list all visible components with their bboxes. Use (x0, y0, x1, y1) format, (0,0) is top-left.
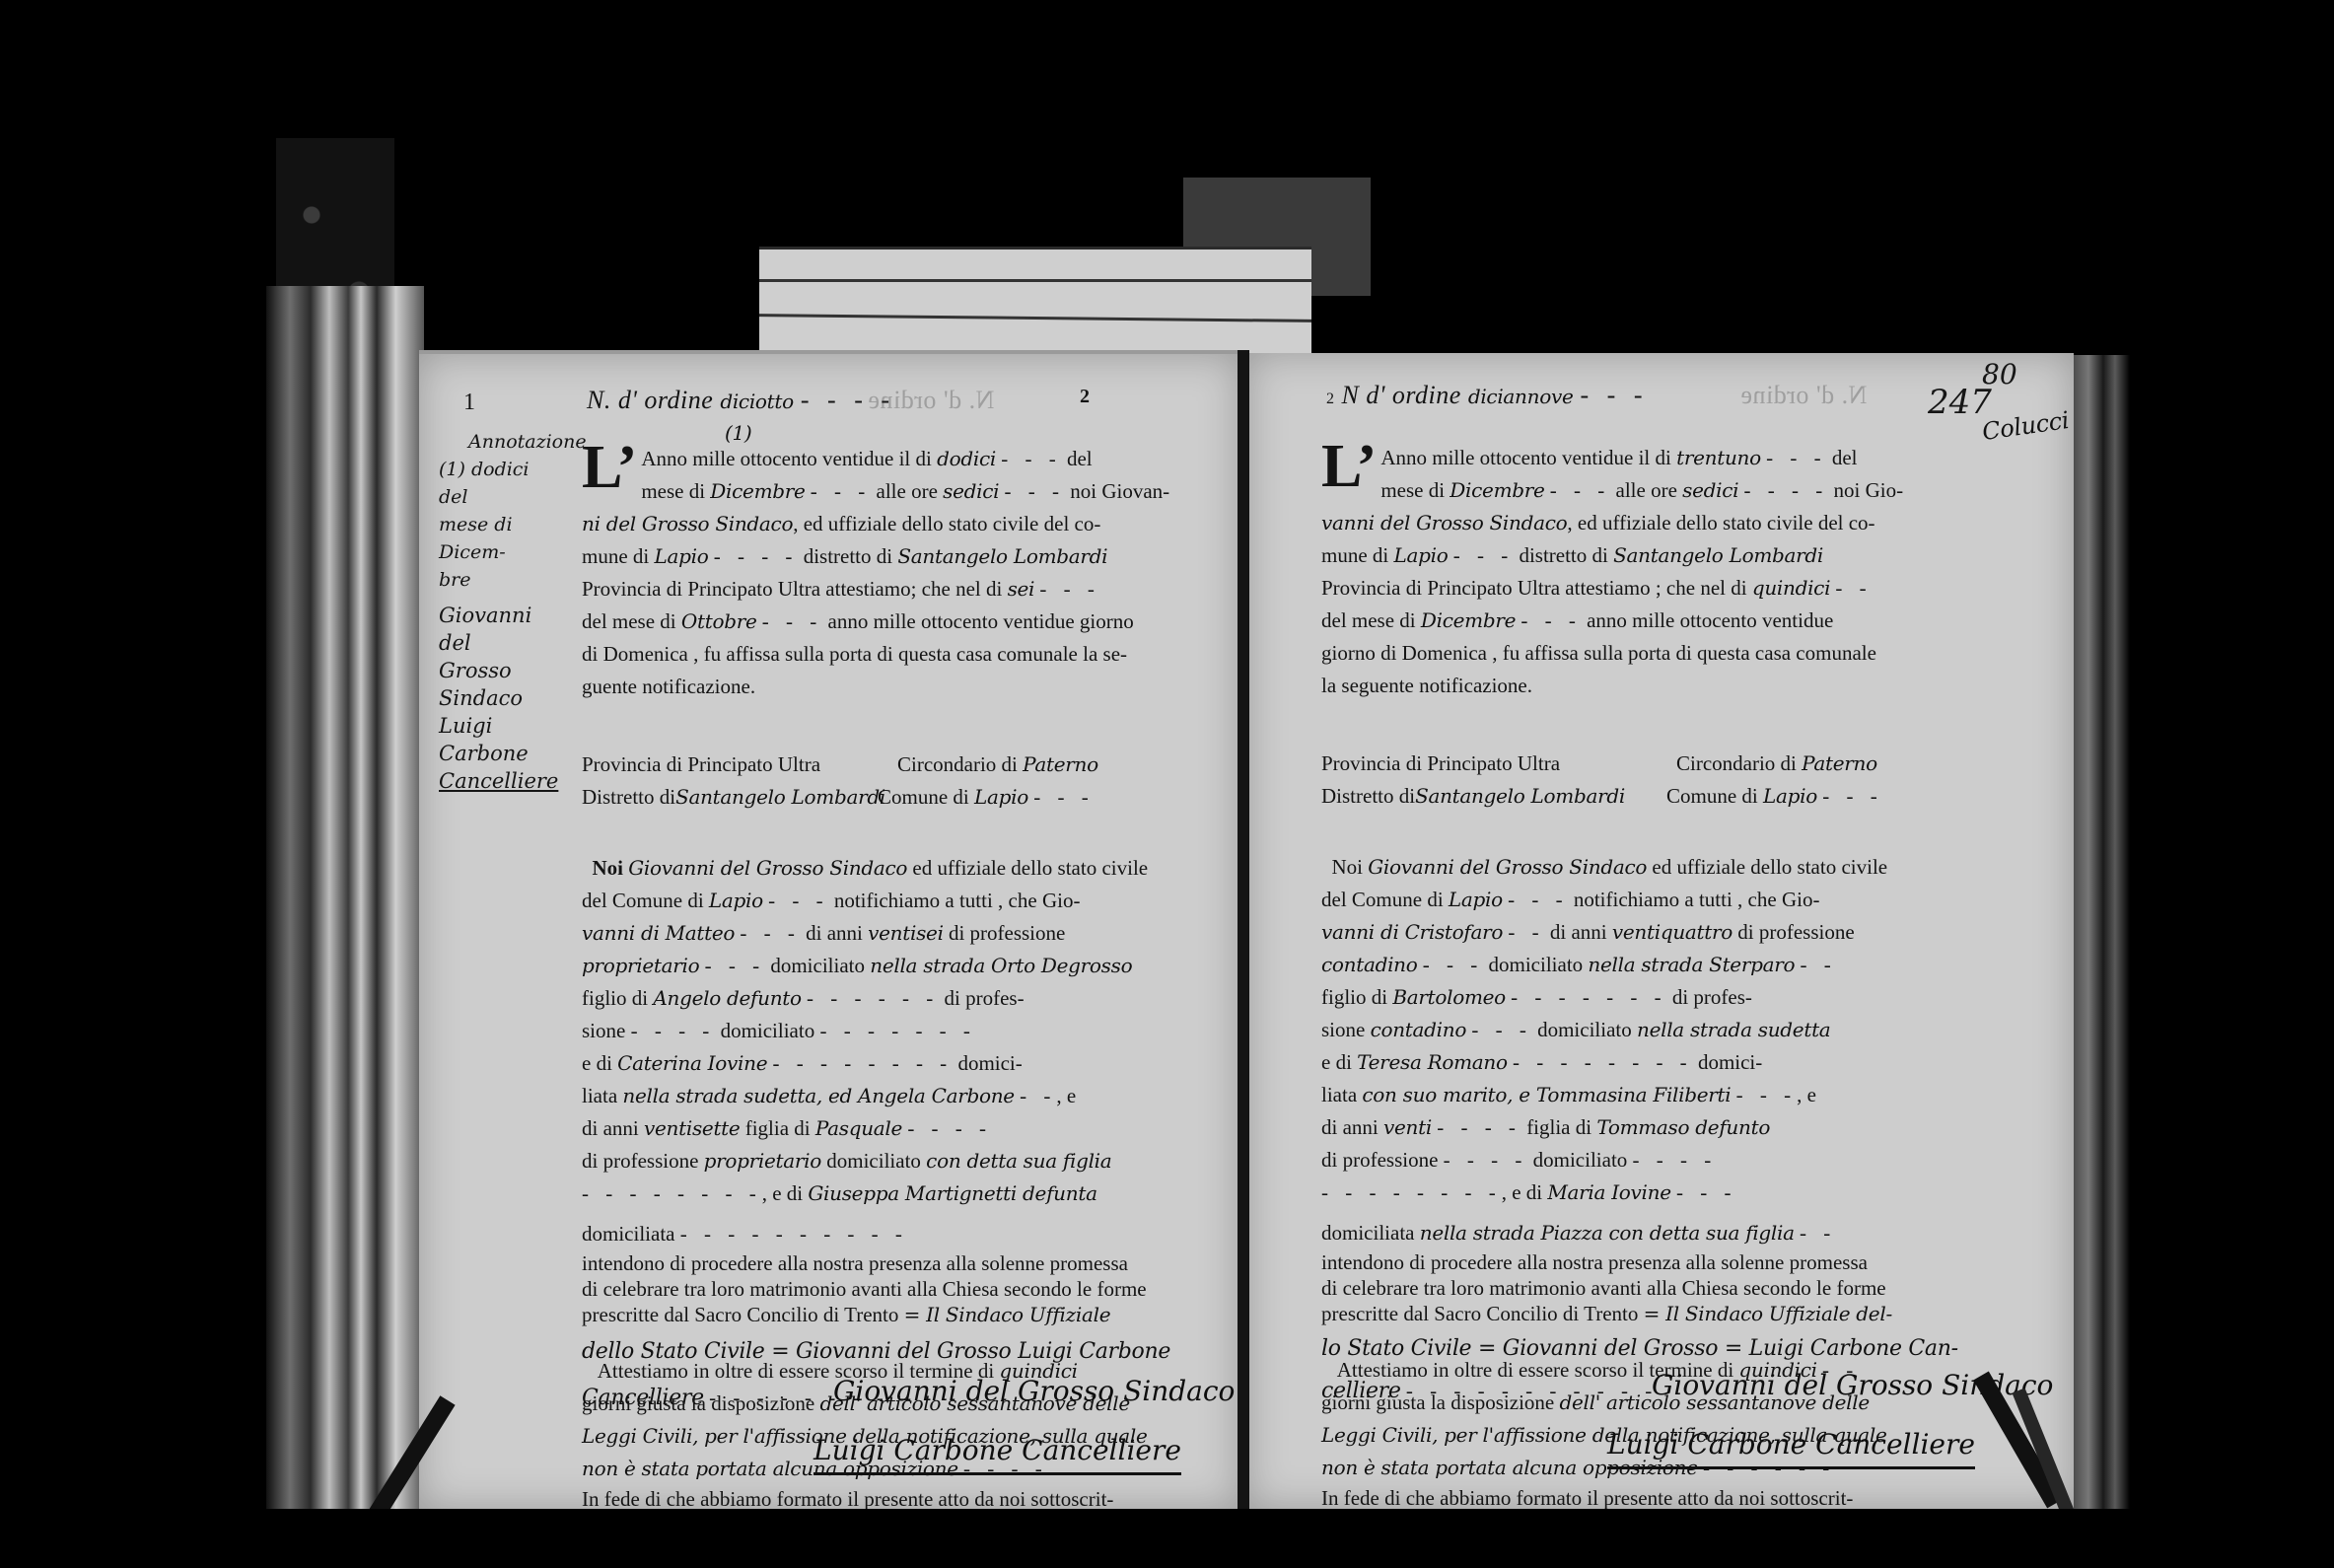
footnote-mark: (1) (725, 421, 751, 445)
header-label: N. d' ordine (587, 386, 713, 414)
signature-cancelliere: Luigi Carbone Cancelliere (813, 1434, 1181, 1475)
folio-number: 80 (1982, 358, 2017, 391)
opening-paragraph: L’ Anno mille ottocento ventidue il di t… (1321, 442, 1923, 702)
notification-paragraph: Noi Giovanni del Grosso Sindaco ed uffiz… (1321, 851, 1933, 1411)
header-order-value: diciotto (720, 390, 794, 413)
jurisdiction-block: Provincia di Principato UltraCircondario… (582, 748, 1183, 814)
corner-mark: 1 (463, 390, 475, 416)
header-order-value: diciannove (1468, 385, 1574, 408)
left-page: 1 N. d' ordine diciotto - - - - N. d' or… (419, 350, 1239, 1510)
ghost-header: N. d' ordine (868, 386, 994, 415)
right-fore-edge (2071, 355, 2130, 1519)
signature-sindaco: Giovanni del Grosso Sindaco (833, 1375, 1235, 1407)
jurisdiction-block: Provincia di Principato UltraCircondario… (1321, 748, 1933, 813)
page-header: N. d' ordine diciotto - - - - (587, 386, 895, 415)
left-fore-edge (266, 286, 424, 1509)
book-gutter (1238, 350, 1249, 1514)
margin-annotation: Annotazione (1) dodici del mese di Dicem… (439, 428, 547, 795)
ghost-header: N. d' ordine (1740, 381, 1867, 410)
bottom-background (0, 1509, 2334, 1568)
signature-cancelliere: Luigi Carbone Cancelliere (1607, 1428, 1975, 1469)
notification-paragraph: Noi Giovanni del Grosso Sindaco ed uffiz… (582, 852, 1183, 1420)
right-page: 2 N d' ordine diciannove - - - N. d' ord… (1247, 353, 2074, 1509)
corner-name-note: Colucci (1980, 406, 2070, 446)
opening-paragraph: L’ Anno mille ottocento ventidue il di d… (582, 443, 1183, 703)
page-header: 2 N d' ordine diciannove - - - (1326, 381, 1648, 410)
header-number: 2 (1080, 386, 1090, 408)
header-label: N d' ordine (1342, 381, 1461, 409)
